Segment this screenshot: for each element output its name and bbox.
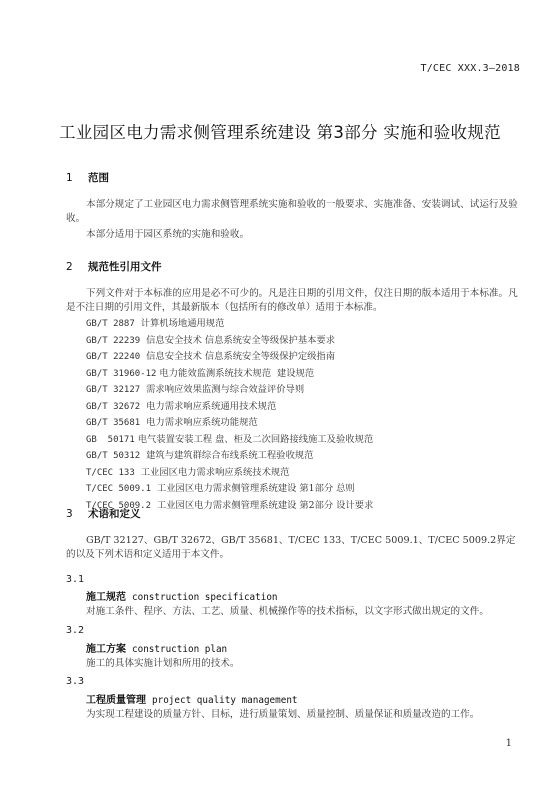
reference-item: GB/T 35681 电力需求响应系统功能规范 xyxy=(86,415,373,432)
reference-code: GB/T 50312 xyxy=(86,451,140,461)
term-name-en: construction plan xyxy=(132,644,227,655)
term-number: 3.1 xyxy=(66,574,84,585)
term-definition: 为实现工程建设的质量方针、目标，进行质量策划、质量控制、质量保证和质量改造的工作… xyxy=(86,706,479,720)
reference-code: GB/T 2887 xyxy=(86,319,135,329)
reference-code: GB/T 35681 xyxy=(86,418,140,428)
reference-code: GB/T 31960-12 xyxy=(86,369,156,379)
section-title: 规范性引用文件 xyxy=(88,261,162,273)
reference-item: GB/T 22239 信息安全技术 信息系统安全等级保护基本要求 xyxy=(86,333,373,350)
reference-code: GB/T 32127 xyxy=(86,385,140,395)
section-heading-terms: 3术语和定义 xyxy=(66,506,141,521)
reference-code: GB/T 22240 xyxy=(86,352,140,362)
reference-item: GB/T 31960-12 电力能效监测系统技术规范 建设规范 xyxy=(86,366,373,383)
term-heading: 工程质量管理project quality management xyxy=(86,691,298,706)
term-name-cn: 工程质量管理 xyxy=(86,695,146,706)
reference-item: GB/T 32672 电力需求响应系统通用技术规范 xyxy=(86,399,373,416)
reference-title: 电力需求响应系统通用技术规范 xyxy=(146,401,276,412)
term-name-cn: 施工方案 xyxy=(86,644,126,655)
section-number: 3 xyxy=(66,508,88,520)
reference-title: 计算机场地通用规范 xyxy=(141,318,225,329)
section-heading-references: 2规范性引用文件 xyxy=(66,259,162,274)
scope-paragraph-1: 本部分规定了工业园区电力需求侧管理系统实施和验收的一般要求、实施准备、安装调试、… xyxy=(66,198,522,226)
reference-title: 电气装置安装工程 盘、柜及二次回路接线施工及验收规范 xyxy=(138,434,373,445)
reference-title: 信息安全技术 信息系统安全等级保护定级指南 xyxy=(146,351,335,362)
reference-title: 信息安全技术 信息系统安全等级保护基本要求 xyxy=(146,335,335,346)
reference-code: T/CEC 133 xyxy=(86,468,135,478)
reference-item: T/CEC 133 工业园区电力需求响应系统技术规范 xyxy=(86,465,373,482)
reference-title: 工业园区电力需求侧管理系统建设 第2部分 设计要求 xyxy=(157,500,373,511)
term-name-cn: 施工规范 xyxy=(86,592,126,603)
reference-list: GB/T 2887 计算机场地通用规范 GB/T 22239 信息安全技术 信息… xyxy=(86,316,373,514)
reference-code: T/CEC 5009.1 xyxy=(86,484,151,494)
term-heading: 施工方案construction plan xyxy=(86,640,227,655)
reference-item: GB/T 2887 计算机场地通用规范 xyxy=(86,316,373,333)
reference-code: GB/T 22239 xyxy=(86,336,140,346)
reference-title: 需求响应效果监测与综合效益评价导则 xyxy=(146,384,304,395)
reference-item: GB/T 22240 信息安全技术 信息系统安全等级保护定级指南 xyxy=(86,349,373,366)
references-intro: 下列文件对于本标准的应用是必不可少的。凡是注日期的引用文件，仅注日期的版本适用于… xyxy=(66,287,522,315)
section-number: 1 xyxy=(66,172,88,184)
term-heading: 施工规范construction specification xyxy=(86,588,278,603)
reference-code: GB 50171 xyxy=(86,435,135,445)
section-title: 术语和定义 xyxy=(88,508,141,520)
reference-item: GB/T 32127 需求响应效果监测与综合效益评价导则 xyxy=(86,382,373,399)
term-definition: 施工的具体实施计划和所用的技术。 xyxy=(86,655,240,669)
reference-title: 工业园区电力需求响应系统技术规范 xyxy=(141,467,290,478)
page-title: 工业园区电力需求侧管理系统建设 第3部分 实施和验收规范 xyxy=(0,119,560,143)
term-number: 3.2 xyxy=(66,625,84,636)
reference-item: GB 50171 电气装置安装工程 盘、柜及二次回路接线施工及验收规范 xyxy=(86,432,373,449)
page-number: 1 xyxy=(506,738,512,749)
reference-code: GB/T 32672 xyxy=(86,402,140,412)
document-id: T/CEC XXX.3—2018 xyxy=(420,63,520,74)
term-number: 3.3 xyxy=(66,676,84,687)
reference-title: 工业园区电力需求侧管理系统建设 第1部分 总则 xyxy=(157,483,355,494)
reference-title: 电力能效监测系统技术规范 建设规范 xyxy=(159,368,314,379)
section-title: 范围 xyxy=(88,172,109,184)
section-number: 2 xyxy=(66,261,88,273)
term-name-en: construction specification xyxy=(132,592,278,603)
reference-title: 建筑与建筑群综合布线系统工程验收规范 xyxy=(146,450,313,461)
term-name-en: project quality management xyxy=(152,695,298,706)
term-definition: 对施工条件、程序、方法、工艺、质量、机械操作等的技术指标，以文字形式做出规定的文… xyxy=(86,603,489,617)
reference-title: 电力需求响应系统功能规范 xyxy=(146,417,258,428)
section-heading-scope: 1范围 xyxy=(66,170,109,185)
reference-item: T/CEC 5009.1 工业园区电力需求侧管理系统建设 第1部分 总则 xyxy=(86,481,373,498)
scope-paragraph-2: 本部分适用于园区系统的实施和验收。 xyxy=(66,228,522,242)
reference-item: GB/T 50312 建筑与建筑群综合布线系统工程验收规范 xyxy=(86,448,373,465)
terms-intro: GB/T 32127、GB/T 32672、GB/T 35681、T/CEC 1… xyxy=(66,534,522,562)
